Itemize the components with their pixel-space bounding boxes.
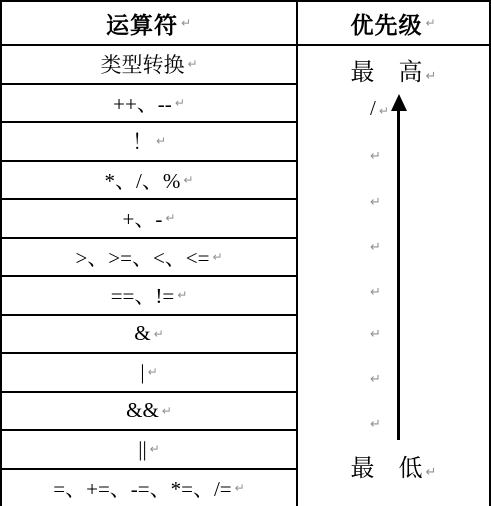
up-arrow-head — [391, 94, 407, 111]
operator-text: 类型转换 — [100, 49, 184, 79]
table-row: ==、!=↵ — [2, 277, 296, 316]
paragraph-mark-icon: ↵ — [370, 373, 381, 386]
paragraph-mark-icon: ↵ — [370, 418, 381, 431]
header-priority: 优先级↵ — [298, 2, 489, 46]
table-row: +、-↵ — [2, 200, 296, 239]
table-row: ++、--↵ — [2, 85, 296, 124]
table-row: *、/、%↵ — [2, 162, 296, 201]
table-row: &↵ — [2, 316, 296, 355]
slash-text: / — [370, 96, 376, 120]
lowest-label-line: 最 低↵ — [298, 448, 489, 483]
lowest-label: 最 低 — [351, 456, 423, 482]
paragraph-mark-icon: ↵ — [156, 135, 166, 147]
paragraph-mark-icon: ↵ — [181, 17, 192, 29]
operator-text: ++、-- — [113, 88, 172, 118]
operator-text: ==、!= — [111, 280, 175, 310]
table-row: ！↵ — [2, 123, 296, 162]
operator-precedence-table: 运算符↵ 类型转换↵ ++、--↵ ！↵ *、/、%↵ +、-↵ >、>=、<、… — [0, 0, 491, 506]
operator-text: & — [134, 321, 150, 346]
operator-text: | — [140, 360, 144, 385]
header-priority-label: 优先级 — [350, 7, 422, 40]
paragraph-mark-icon: ↵ — [183, 174, 193, 186]
operator-text: =、+=、-=、*=、/= — [53, 473, 231, 503]
paragraph-mark-icon: ↵ — [370, 328, 381, 341]
priority-scale-cell: 最 高↵ /↵ ↵ ↵ ↵ ↵ ↵ ↵ ↵ 最 低↵ — [298, 46, 489, 506]
operator-text: || — [138, 437, 146, 462]
priority-column: 优先级↵ 最 高↵ /↵ ↵ ↵ ↵ ↵ ↵ ↵ ↵ 最 低↵ — [298, 2, 489, 506]
operator-text: *、/、% — [105, 165, 181, 195]
paragraph-mark-icon: ↵ — [370, 196, 381, 209]
paragraph-mark-icon: ↵ — [370, 241, 381, 254]
paragraph-mark-icon: ↵ — [426, 69, 437, 84]
paragraph-mark-icon: ↵ — [370, 150, 381, 163]
operator-text: +、- — [123, 203, 163, 233]
paragraph-mark-icon: ↵ — [177, 289, 187, 301]
paragraph-mark-icon: ↵ — [165, 212, 175, 224]
table-row: &&↵ — [2, 393, 296, 432]
highest-label: 最 高 — [351, 60, 423, 86]
header-operator-label: 运算符 — [106, 7, 178, 40]
paragraph-mark-icon: ↵ — [162, 405, 172, 417]
header-operator: 运算符↵ — [2, 2, 296, 46]
paragraph-mark-icon: ↵ — [175, 97, 185, 109]
table-row: =、+=、-=、*=、/=↵ — [2, 470, 296, 506]
paragraph-mark-icon: ↵ — [379, 104, 389, 118]
paragraph-mark-icon: ↵ — [235, 482, 245, 494]
up-arrow-shaft — [397, 110, 400, 440]
paragraph-mark-icon: ↵ — [187, 58, 197, 70]
table-row: 类型转换↵ — [2, 46, 296, 85]
table-row: |↵ — [2, 354, 296, 393]
slash-text-line: /↵ — [370, 96, 389, 121]
table-row: ||↵ — [2, 431, 296, 470]
paragraph-mark-icon: ↵ — [425, 17, 436, 29]
operator-text: ！ — [132, 126, 153, 156]
operator-text: && — [126, 398, 159, 423]
operator-column: 运算符↵ 类型转换↵ ++、--↵ ！↵ *、/、%↵ +、-↵ >、>=、<、… — [2, 2, 296, 506]
paragraph-mark-icon: ↵ — [150, 443, 160, 455]
paragraph-mark-icon: ↵ — [426, 465, 437, 480]
paragraph-mark-icon: ↵ — [213, 251, 223, 263]
paragraph-mark-icon: ↵ — [154, 328, 164, 340]
table-row: >、>=、<、<=↵ — [2, 239, 296, 278]
highest-label-line: 最 高↵ — [298, 52, 489, 87]
operator-text: >、>=、<、<= — [75, 242, 209, 272]
paragraph-mark-icon: ↵ — [370, 286, 381, 299]
paragraph-mark-icon: ↵ — [148, 366, 158, 378]
